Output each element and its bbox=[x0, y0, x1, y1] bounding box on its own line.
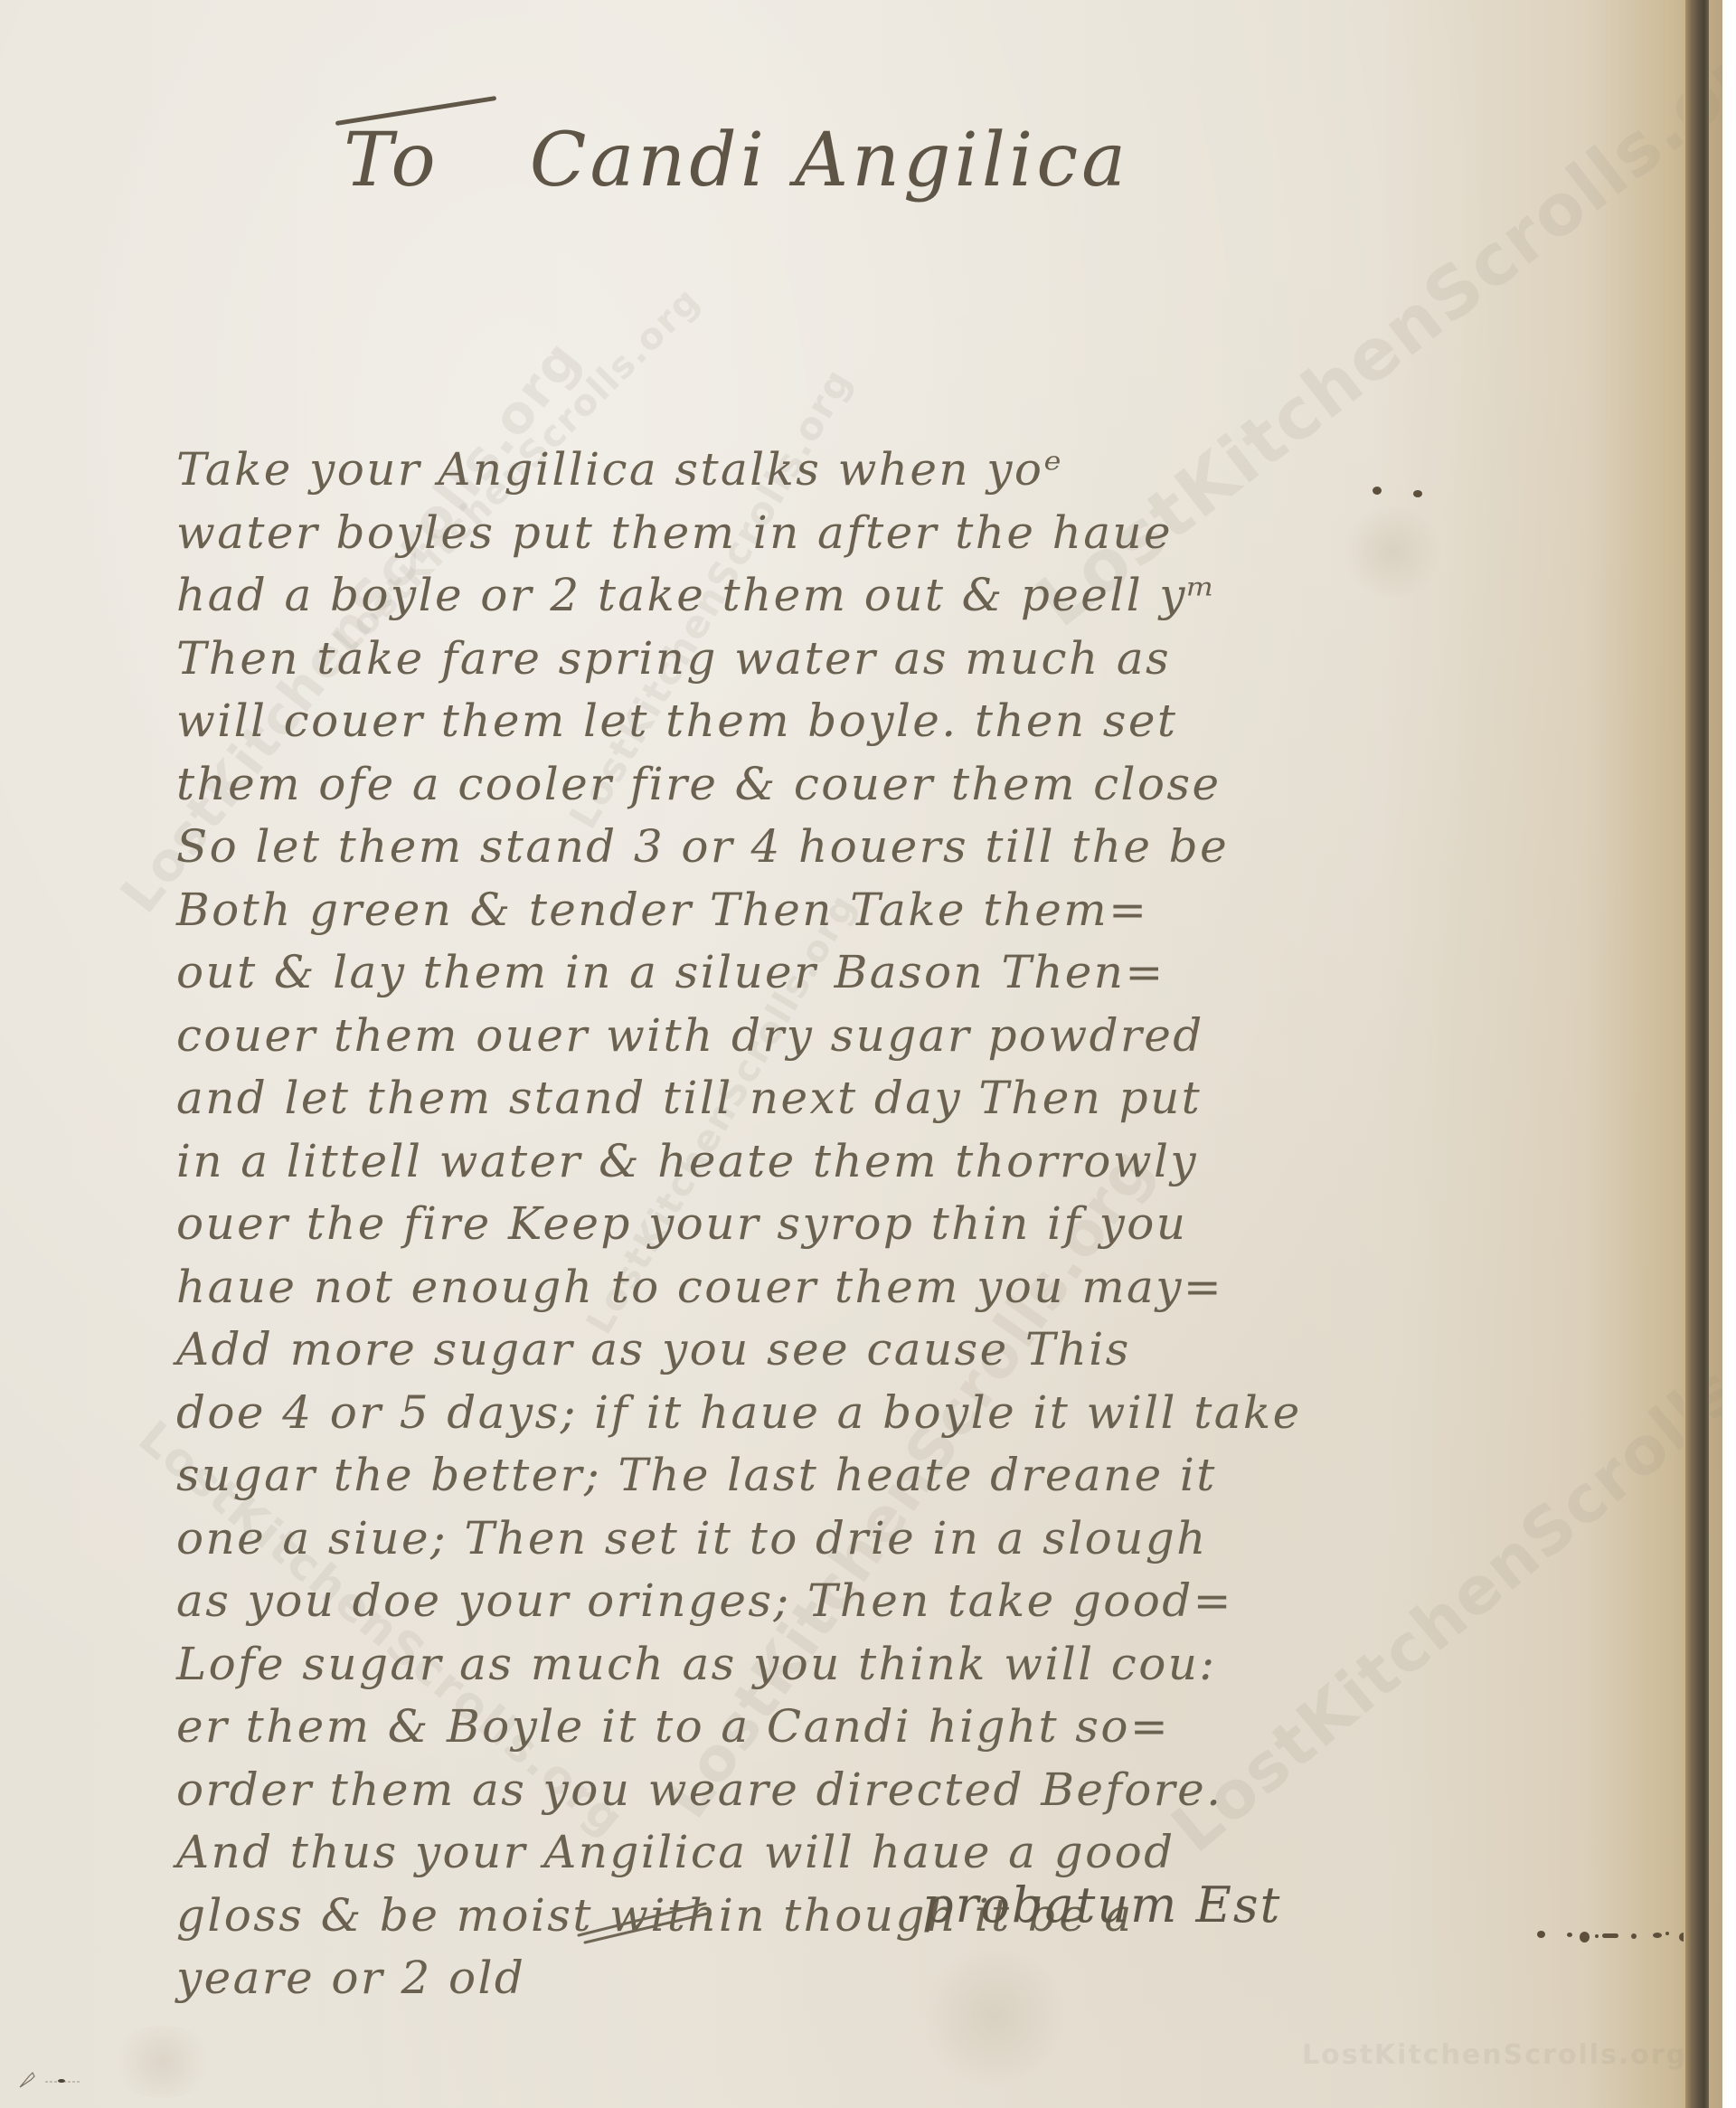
corner-pen-mark bbox=[18, 2071, 99, 2089]
text-line: will couer them let them boyle. then set bbox=[176, 690, 1343, 753]
text-line: out & lay them in a siluer Bason Then= bbox=[176, 941, 1343, 1005]
text-line: yeare or 2 old bbox=[176, 1947, 1343, 2010]
paper-stain bbox=[1338, 506, 1447, 597]
ink-speck bbox=[1373, 487, 1382, 495]
text-line: doe 4 or 5 days; if it haue a boyle it w… bbox=[176, 1382, 1343, 1445]
ink-speck bbox=[1595, 1934, 1599, 1938]
ink-speck bbox=[1580, 1932, 1590, 1943]
text-line: and let them stand till next day Then pu… bbox=[176, 1067, 1343, 1130]
recipe-body: Take your Angillica stalks when yoᵉ wate… bbox=[176, 439, 1343, 2010]
ink-speck bbox=[1653, 1933, 1662, 1938]
ink-speck bbox=[1537, 1931, 1545, 1938]
ink-speck bbox=[1567, 1933, 1572, 1937]
text-line: And thus your Angilica will haue a good bbox=[176, 1821, 1343, 1885]
scan-margin bbox=[1722, 0, 1736, 2108]
title-prefix: To bbox=[344, 118, 439, 203]
title-main: Candi Angilica bbox=[530, 118, 1129, 203]
watermark: LostKitchenScrolls.org bbox=[1302, 2039, 1687, 2071]
text-line: had a boyle or 2 take them out & peell y… bbox=[176, 564, 1343, 628]
text-line: in a littell water & heate them thorrowl… bbox=[176, 1130, 1343, 1194]
ink-speck bbox=[1602, 1933, 1618, 1938]
text-line: water boyles put them in after the haue bbox=[176, 502, 1343, 565]
text-line: Lofe sugar as much as you think will cou… bbox=[176, 1633, 1343, 1697]
text-line: order them as you weare directed Before. bbox=[176, 1759, 1343, 1822]
text-line: haue not enough to couer them you may= bbox=[176, 1256, 1343, 1319]
text-line: couer them ouer with dry sugar powdred bbox=[176, 1005, 1343, 1068]
probatum-est-signoff: probatum Est bbox=[922, 1876, 1281, 1933]
book-page-edge bbox=[1684, 0, 1709, 2108]
end-flourish-mark bbox=[574, 1899, 710, 1944]
text-line: ouer the fire Keep your syrop thin if yo… bbox=[176, 1193, 1343, 1256]
text-line: sugar the better; The last heate dreane … bbox=[176, 1444, 1343, 1508]
text-line: Add more sugar as you see cause This bbox=[176, 1319, 1343, 1382]
text-line: So let them stand 3 or 4 houers till the… bbox=[176, 816, 1343, 879]
text-line: them ofe a cooler fire & couer them clos… bbox=[176, 753, 1343, 817]
manuscript-page: LostKitchenScrolls.org LostKitchenScroll… bbox=[0, 0, 1722, 2108]
text-line: Then take fare spring water as much as bbox=[176, 628, 1343, 691]
ink-speck bbox=[1413, 490, 1422, 497]
text-line: Take your Angillica stalks when yoᵉ bbox=[176, 439, 1343, 502]
ink-speck bbox=[1631, 1933, 1637, 1939]
paper-stain bbox=[108, 2026, 217, 2098]
text-line: er them & Boyle it to a Candi hight so= bbox=[176, 1696, 1343, 1759]
recipe-title: To Candi Angilica bbox=[344, 118, 1248, 203]
text-line: as you doe your oringes; Then take good= bbox=[176, 1570, 1343, 1633]
ink-speck bbox=[1665, 1932, 1669, 1935]
text-line: Both green & tender Then Take them= bbox=[176, 879, 1343, 942]
text-line: one a siue; Then set it to drie in a slo… bbox=[176, 1508, 1343, 1571]
